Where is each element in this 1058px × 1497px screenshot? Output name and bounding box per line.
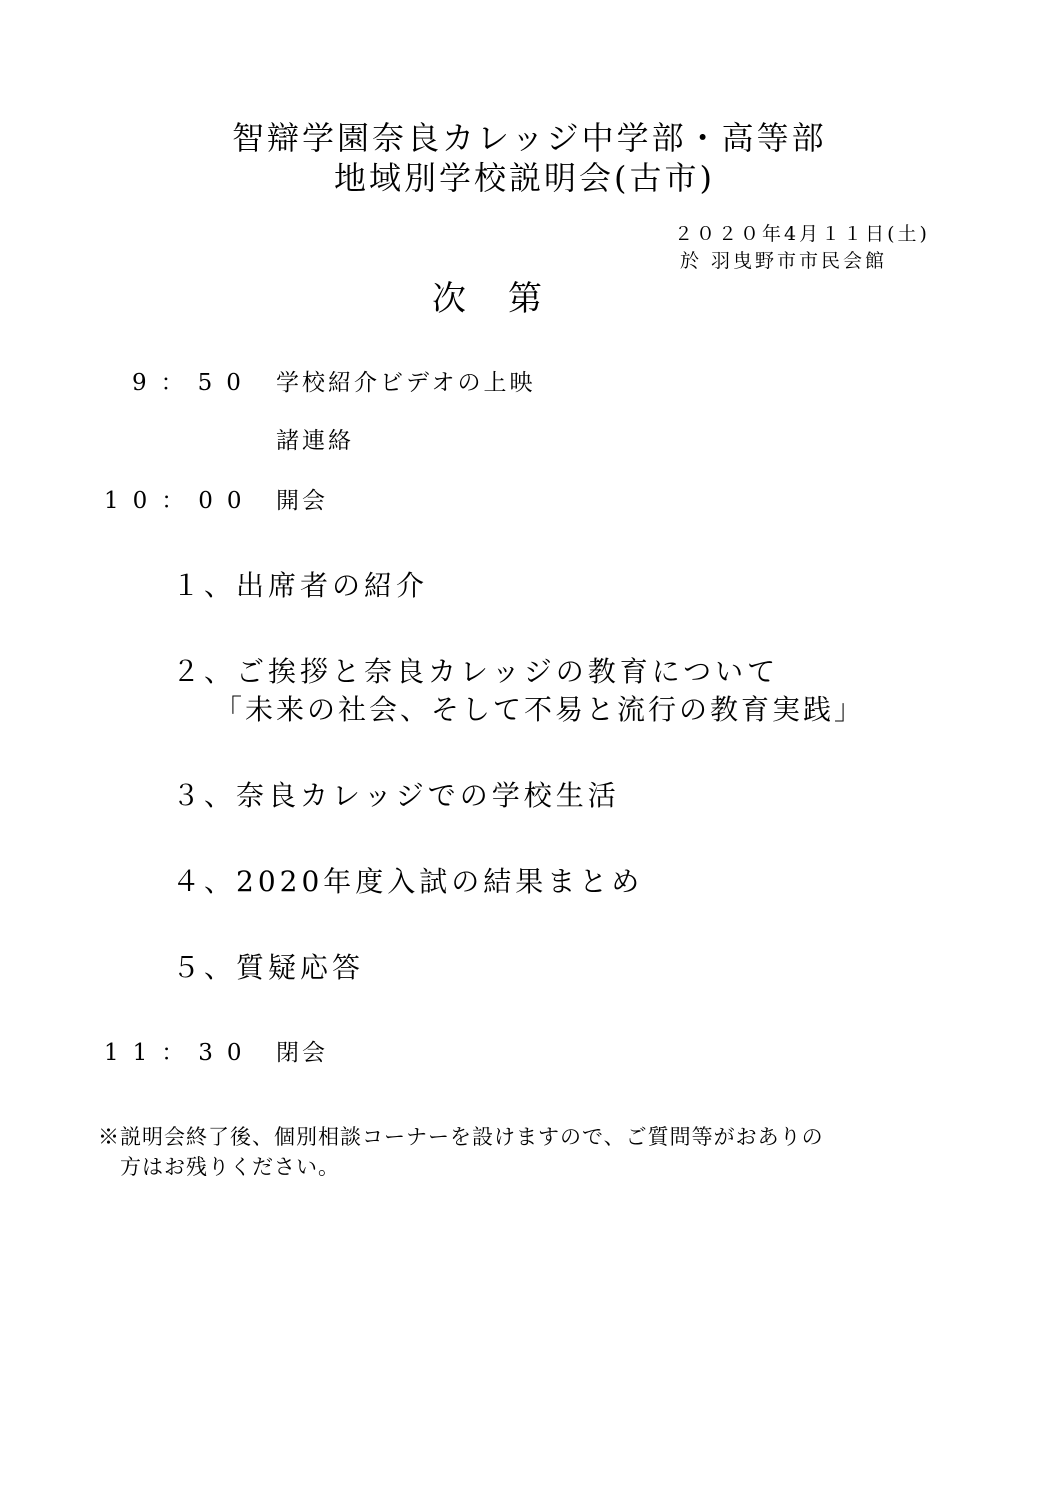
closing-time: 11：30 [104, 1040, 256, 1066]
agenda-label: ご挨拶と奈良カレッジの教育について [236, 655, 779, 688]
schedule-time: 9：50 [132, 370, 255, 396]
heading-shidai-right: 第 [508, 282, 542, 316]
schedule-time: 10：00 [104, 488, 256, 514]
agenda-item: １、出席者の紹介 [172, 572, 428, 600]
agenda-number: １、 [172, 569, 236, 602]
schedule-label: 開会 [276, 490, 328, 513]
schedule-label: 諸連絡 [276, 430, 354, 453]
schedule-row: 10：00 [104, 490, 256, 513]
schedule-label: 学校紹介ビデオの上映 [276, 372, 536, 395]
closing-label: 閉会 [276, 1042, 328, 1065]
closing-row: 11：30 [104, 1042, 256, 1065]
agenda-label: 奈良カレッジでの学校生活 [236, 779, 620, 812]
agenda-item: ３、奈良カレッジでの学校生活 [172, 782, 620, 810]
note-line-1: ※説明会終了後、個別相談コーナーを設けますので、ご質問等がおありの [98, 1122, 824, 1154]
agenda-item: ５、質疑応答 [172, 954, 364, 982]
agenda-number: ５、 [172, 951, 236, 984]
agenda-number: ４、 [172, 865, 236, 898]
agenda-label: 2020年度入試の結果まとめ [236, 865, 643, 898]
agenda-label: 出席者の紹介 [236, 569, 428, 602]
title-line-2: 地域別学校説明会(古市) [334, 162, 715, 194]
note-line-2: 方はお残りください。 [120, 1152, 340, 1184]
schedule-row: 9：50 [132, 372, 255, 395]
agenda-item: ２、ご挨拶と奈良カレッジの教育について [172, 658, 779, 686]
agenda-item: ４、2020年度入試の結果まとめ [172, 868, 643, 896]
title-line-1: 智辯学園奈良カレッジ中学部・高等部 [232, 122, 827, 154]
agenda-number: ２、 [172, 655, 236, 688]
event-date: ２０２０年4月１１日(土) [674, 225, 930, 244]
agenda-label: 質疑応答 [236, 951, 364, 984]
agenda-number: ３、 [172, 779, 236, 812]
heading-shidai-left: 次 [432, 282, 466, 316]
event-venue: 於 羽曳野市市民会館 [680, 252, 887, 271]
agenda-subtitle: 「未来の社会、そして不易と流行の教育実践」 [214, 696, 865, 724]
